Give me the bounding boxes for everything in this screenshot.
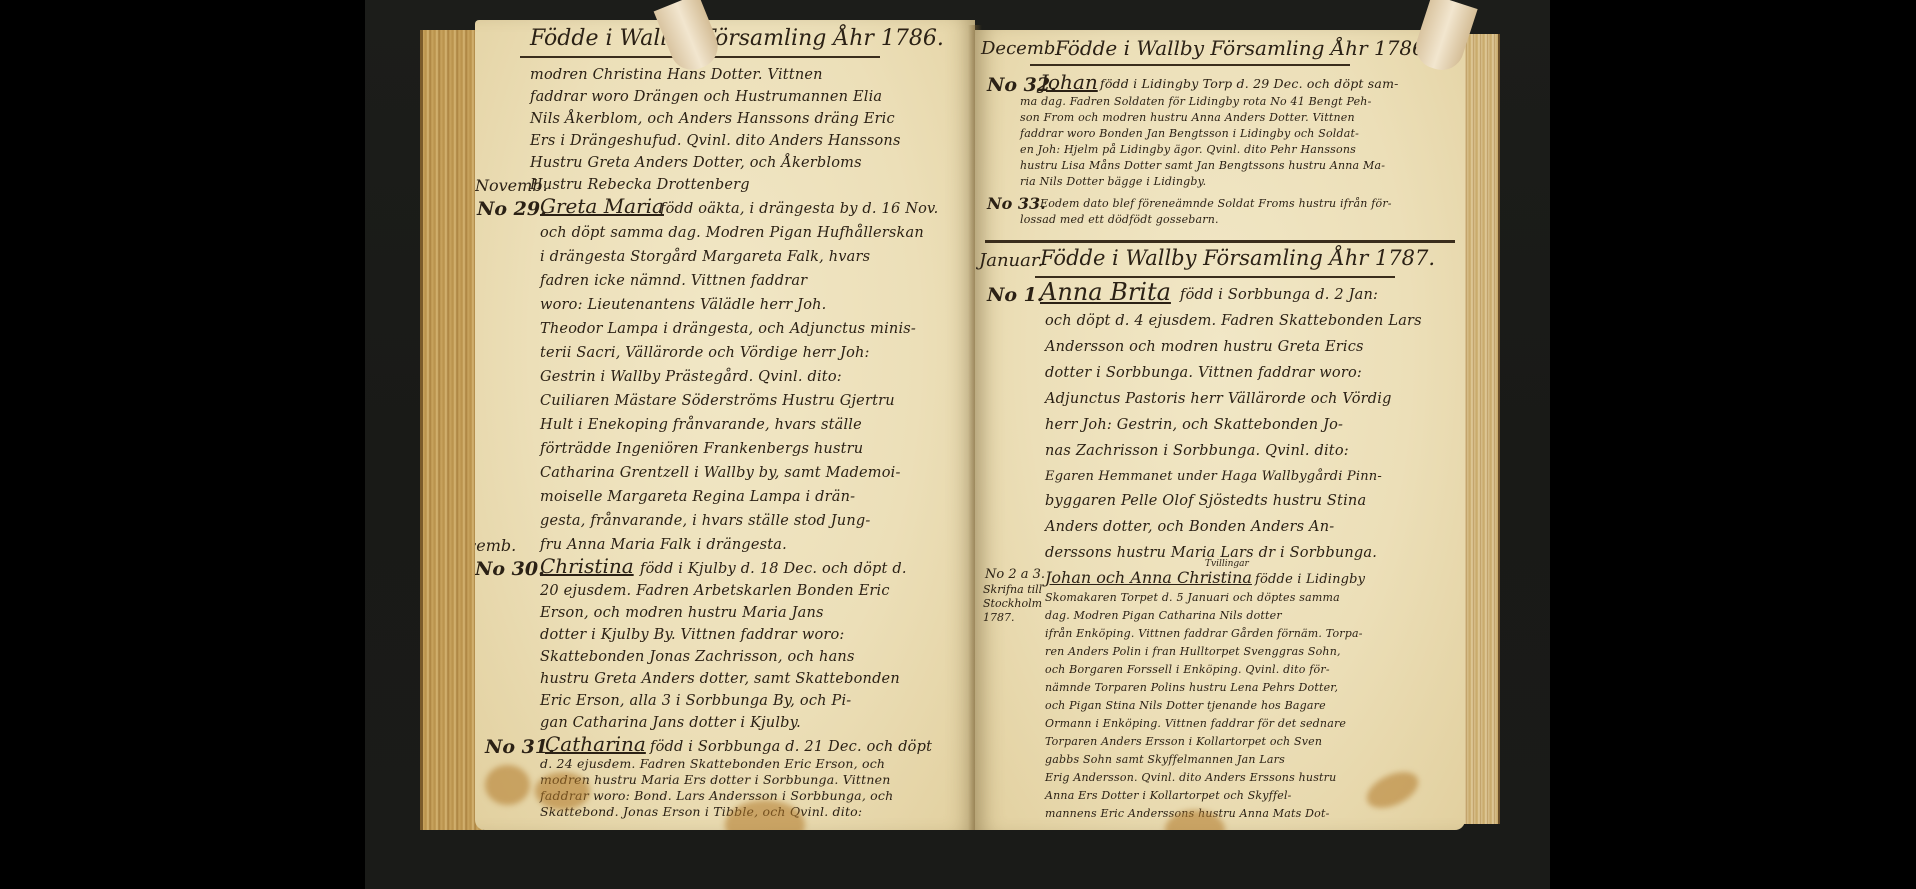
month-label-december: Decemb. [981, 40, 1061, 58]
text-line: gan Catharina Jans dotter i Kjulby. [540, 716, 801, 731]
text-line: ria Nils Dotter bägge i Lidingby. [1020, 176, 1206, 187]
entry-name-catharina: Catharina [545, 734, 646, 754]
text-line: född i Lidingby Torp d. 29 Dec. och döpt… [1100, 78, 1399, 91]
text-line: woro: Lieutenantens Välädle herr Joh. [540, 298, 826, 313]
text-line: faddrar woro Bonden Jan Bengtsson i Lidi… [1020, 128, 1359, 139]
margin-note-line: Stockholm [983, 598, 1042, 609]
text-line: Erson, och modren hustru Maria Jans [540, 606, 824, 621]
text-line: Hustru Greta Anders Dotter, och Åkerblom… [530, 156, 862, 171]
header-1787: Födde i Wallby Församling Åhr 1787. [1040, 248, 1435, 269]
entry-number-30: No 30. [475, 560, 545, 579]
text-line: Hult i Enekoping frånvarande, hvars stäl… [540, 418, 862, 433]
text-line: ifrån Enköping. Vittnen faddrar Gården f… [1045, 628, 1363, 639]
text-line: d. 24 ejusdem. Fadren Skattebonden Eric … [540, 758, 885, 771]
text-line: Skomakaren Torpet d. 5 Januari och döpte… [1045, 592, 1340, 603]
text-line: moiselle Margareta Regina Lampa i drän- [540, 490, 855, 505]
text-line: en Joh: Hjelm på Lidingby ägor. Qvinl. d… [1020, 144, 1356, 155]
text-line: och Pigan Stina Nils Dotter tjenande hos… [1045, 700, 1326, 711]
text-line: nas Zachrisson i Sorbbunga. Qvinl. dito: [1045, 444, 1349, 459]
text-line: Andersson och modren hustru Greta Erics [1045, 340, 1364, 355]
water-stain [1361, 765, 1424, 815]
month-label-november: Novemb. [475, 178, 548, 194]
month-label-january: Januar. [979, 252, 1043, 270]
text-line: i drängesta Storgård Margareta Falk, hva… [540, 250, 870, 265]
text-line: och döpt samma dag. Modren Pigan Hufhåll… [540, 226, 924, 241]
header-underline [1030, 64, 1350, 66]
text-line: terii Sacri, Vällärorde och Vördige herr… [540, 346, 870, 361]
left-page-header: Födde i Wallby Församling Åhr 1786. [530, 28, 944, 50]
text-line: Torparen Anders Ersson i Kollartorpet oc… [1045, 736, 1322, 747]
entry-number-1: No 1. [987, 286, 1044, 305]
text-line: Anders dotter, och Bonden Anders An- [1045, 520, 1334, 535]
text-line: Skattebond. Jonas Erson i Tibble, och Qv… [540, 806, 862, 819]
margin-note-line: Skrifna till [983, 584, 1042, 595]
text-line: och döpt d. 4 ejusdem. Fadren Skattebond… [1045, 314, 1422, 329]
text-line: son From och modren hustru Anna Anders D… [1020, 112, 1355, 123]
water-stain [485, 765, 530, 805]
text-line: födde i Lidingby [1255, 573, 1365, 586]
text-line: född i Kjulby d. 18 Dec. och döpt d. [640, 562, 907, 577]
left-page-edges [420, 30, 483, 830]
text-line: modren Christina Hans Dotter. Vittnen [530, 68, 823, 83]
text-line: hustru Lisa Måns Dotter samt Jan Bengtss… [1020, 160, 1385, 171]
text-line: gesta, frånvarande, i hvars ställe stod … [540, 514, 870, 529]
text-line: ma dag. Fadren Soldaten för Lidingby rot… [1020, 96, 1372, 107]
text-line: Egaren Hemmanet under Haga Wallbygårdi P… [1045, 470, 1382, 483]
text-line: 20 ejusdem. Fadren Arbetskarlen Bonden E… [540, 584, 890, 599]
text-line: Theodor Lampa i drängesta, och Adjunctus… [540, 322, 916, 337]
text-line: Nils Åkerblom, och Anders Hanssons dräng… [530, 112, 895, 127]
text-line: Adjunctus Pastoris herr Vällärorde och V… [1045, 392, 1392, 407]
margin-note-line: 1787. [983, 612, 1015, 623]
text-line: Eodem dato blef föreneämnde Soldat Froms… [1040, 198, 1392, 209]
text-line: lossad med ett dödfödt gossebarn. [1020, 214, 1219, 225]
entry-name-anna-brita: Anna Brita [1040, 280, 1171, 304]
text-line: modren hustru Maria Ers dotter i Sorbbun… [540, 774, 890, 787]
text-line: ren Anders Polin i fran Hulltorpet Sveng… [1045, 646, 1341, 657]
left-page: Födde i Wallby Församling Åhr 1786. modr… [475, 20, 975, 830]
entry-name-johan: Johan [1040, 72, 1098, 92]
right-page-header: Födde i Wallby Församling Åhr 1786 [1055, 38, 1425, 58]
water-stain [535, 772, 590, 810]
text-line: Skattebonden Jonas Zachrisson, och hans [540, 650, 855, 665]
text-line: född i Sorbbunga d. 2 Jan: [1180, 288, 1378, 303]
entry-number-2-3: No 2 a 3. [985, 568, 1045, 581]
open-register-book: Födde i Wallby Församling Åhr 1786. modr… [420, 20, 1500, 835]
entry-name-christina: Christina [540, 556, 634, 576]
text-line: och Borgaren Forssell i Enköping. Qvinl.… [1045, 664, 1330, 675]
text-line: Eric Erson, alla 3 i Sorbbunga By, och P… [540, 694, 851, 709]
text-line: herr Joh: Gestrin, och Skattebonden Jo- [1045, 418, 1343, 433]
entry-number-29: No 29. [477, 200, 547, 219]
text-line: dotter i Kjulby By. Vittnen faddrar woro… [540, 628, 845, 643]
text-line: dag. Modren Pigan Catharina Nils dotter [1045, 610, 1282, 621]
text-line: född i Sorbbunga d. 21 Dec. och döpt [650, 740, 932, 755]
text-line: dotter i Sorbbunga. Vittnen faddrar woro… [1045, 366, 1362, 381]
text-line: fadren icke nämnd. Vittnen faddrar [540, 274, 807, 289]
right-page-edges [1460, 34, 1500, 824]
entry-name-twins: Johan och Anna Christina [1045, 570, 1252, 586]
text-line: född oäkta, i drängesta by d. 16 Nov. [660, 202, 939, 217]
text-line: faddrar woro: Bond. Lars Andersson i Sor… [540, 790, 893, 803]
year-divider-rule [985, 240, 1455, 243]
text-line: Erig Andersson. Qvinl. dito Anders Ersso… [1045, 772, 1336, 783]
text-line: fru Anna Maria Falk i drängesta. [540, 538, 787, 553]
entry-name-greta-maria: Greta Maria [540, 196, 664, 216]
text-line: hustru Greta Anders dotter, samt Skatteb… [540, 672, 900, 687]
month-label-december: Decemb. [475, 538, 516, 554]
text-line: Gestrin i Wallby Prästegård. Qvinl. dito… [540, 370, 842, 385]
text-line: Hustru Rebecka Drottenberg [530, 178, 750, 193]
text-line: Catharina Grentzell i Wallby by, samt Ma… [540, 466, 901, 481]
text-line: Anna Ers Dotter i Kollartorpet och Skyff… [1045, 790, 1292, 801]
entry-number-33: No 33. [987, 196, 1046, 212]
text-line: Ers i Drängeshufud. Qvinl. dito Anders H… [530, 134, 901, 149]
right-page: Decemb. Födde i Wallby Församling Åhr 17… [975, 30, 1465, 830]
text-line: förträdde Ingeniören Frankenbergs hustru [540, 442, 863, 457]
text-line: Ormann i Enköping. Vittnen faddrar för d… [1045, 718, 1346, 729]
text-line: faddrar woro Drängen och Hustrumannen El… [530, 90, 882, 105]
text-line: Cuiliaren Mästare Söderströms Hustru Gje… [540, 394, 895, 409]
text-line: byggaren Pelle Olof Sjöstedts hustru Sti… [1045, 494, 1366, 509]
text-line: nämnde Torparen Polins hustru Lena Pehrs… [1045, 682, 1338, 693]
text-line: gabbs Sohn samt Skyffelmannen Jan Lars [1045, 754, 1285, 765]
